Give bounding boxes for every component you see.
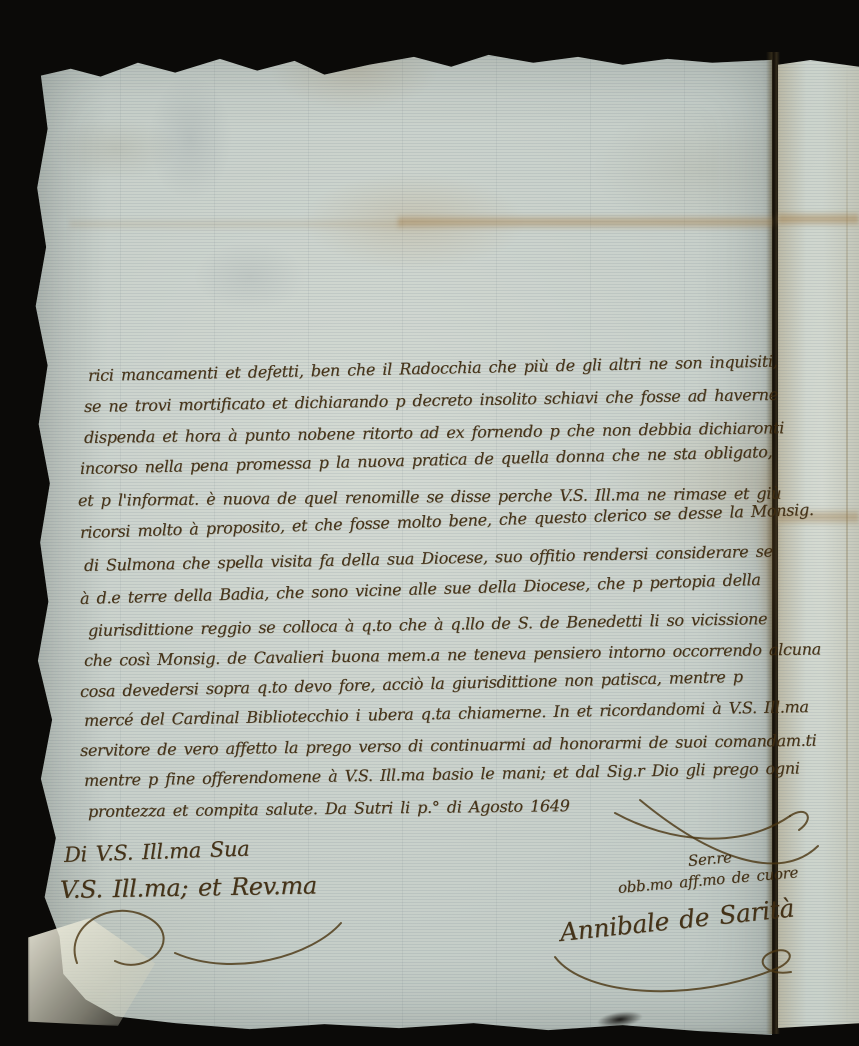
- manuscript-line: à d.e terre della Badia, che sono vicine…: [80, 572, 761, 607]
- manuscript-line: rici mancamenti et defetti, ben che il R…: [88, 354, 778, 384]
- manuscript-line: giurisdittione reggio se colloca à q.to …: [88, 611, 767, 639]
- manuscript-line: incorso nella pena promessa p la nuova p…: [80, 444, 773, 477]
- manuscript-line: cosa devedersi sopra q.to devo fore, acc…: [80, 669, 743, 700]
- manuscript-line: mercé del Cardinal Bibliotecchio i ubera…: [84, 699, 809, 729]
- manuscript-text-block: rici mancamenti et defetti, ben che il R…: [0, 0, 859, 1046]
- signature-name: Annibale de Sarità: [558, 893, 795, 946]
- manuscript-line: di Sulmona che spella visita fa della su…: [84, 544, 773, 574]
- manuscript-line: se ne trovi mortificato et dichiarando p…: [84, 387, 778, 415]
- signature-flourish: [545, 942, 815, 1012]
- manuscript-line: che così Monsig. de Cavalieri buona mem.…: [84, 641, 821, 669]
- manuscript-line: mentre p fine offerendomene à V.S. Ill.m…: [84, 761, 800, 789]
- photograph-backdrop: rici mancamenti et defetti, ben che il R…: [0, 0, 859, 1046]
- signature-prefix: Ser.re: [687, 848, 732, 870]
- manuscript-dateline: prontezza et compita salute. Da Sutri li…: [88, 798, 570, 820]
- manuscript-line: servitore de vero affetto la prego verso…: [80, 733, 817, 759]
- closing-salutation-line-1: Di V.S. Ill.ma Sua: [64, 837, 250, 867]
- manuscript-line: dispenda et hora à punto nobene ritorto …: [84, 420, 784, 446]
- closing-flourish: [55, 885, 355, 980]
